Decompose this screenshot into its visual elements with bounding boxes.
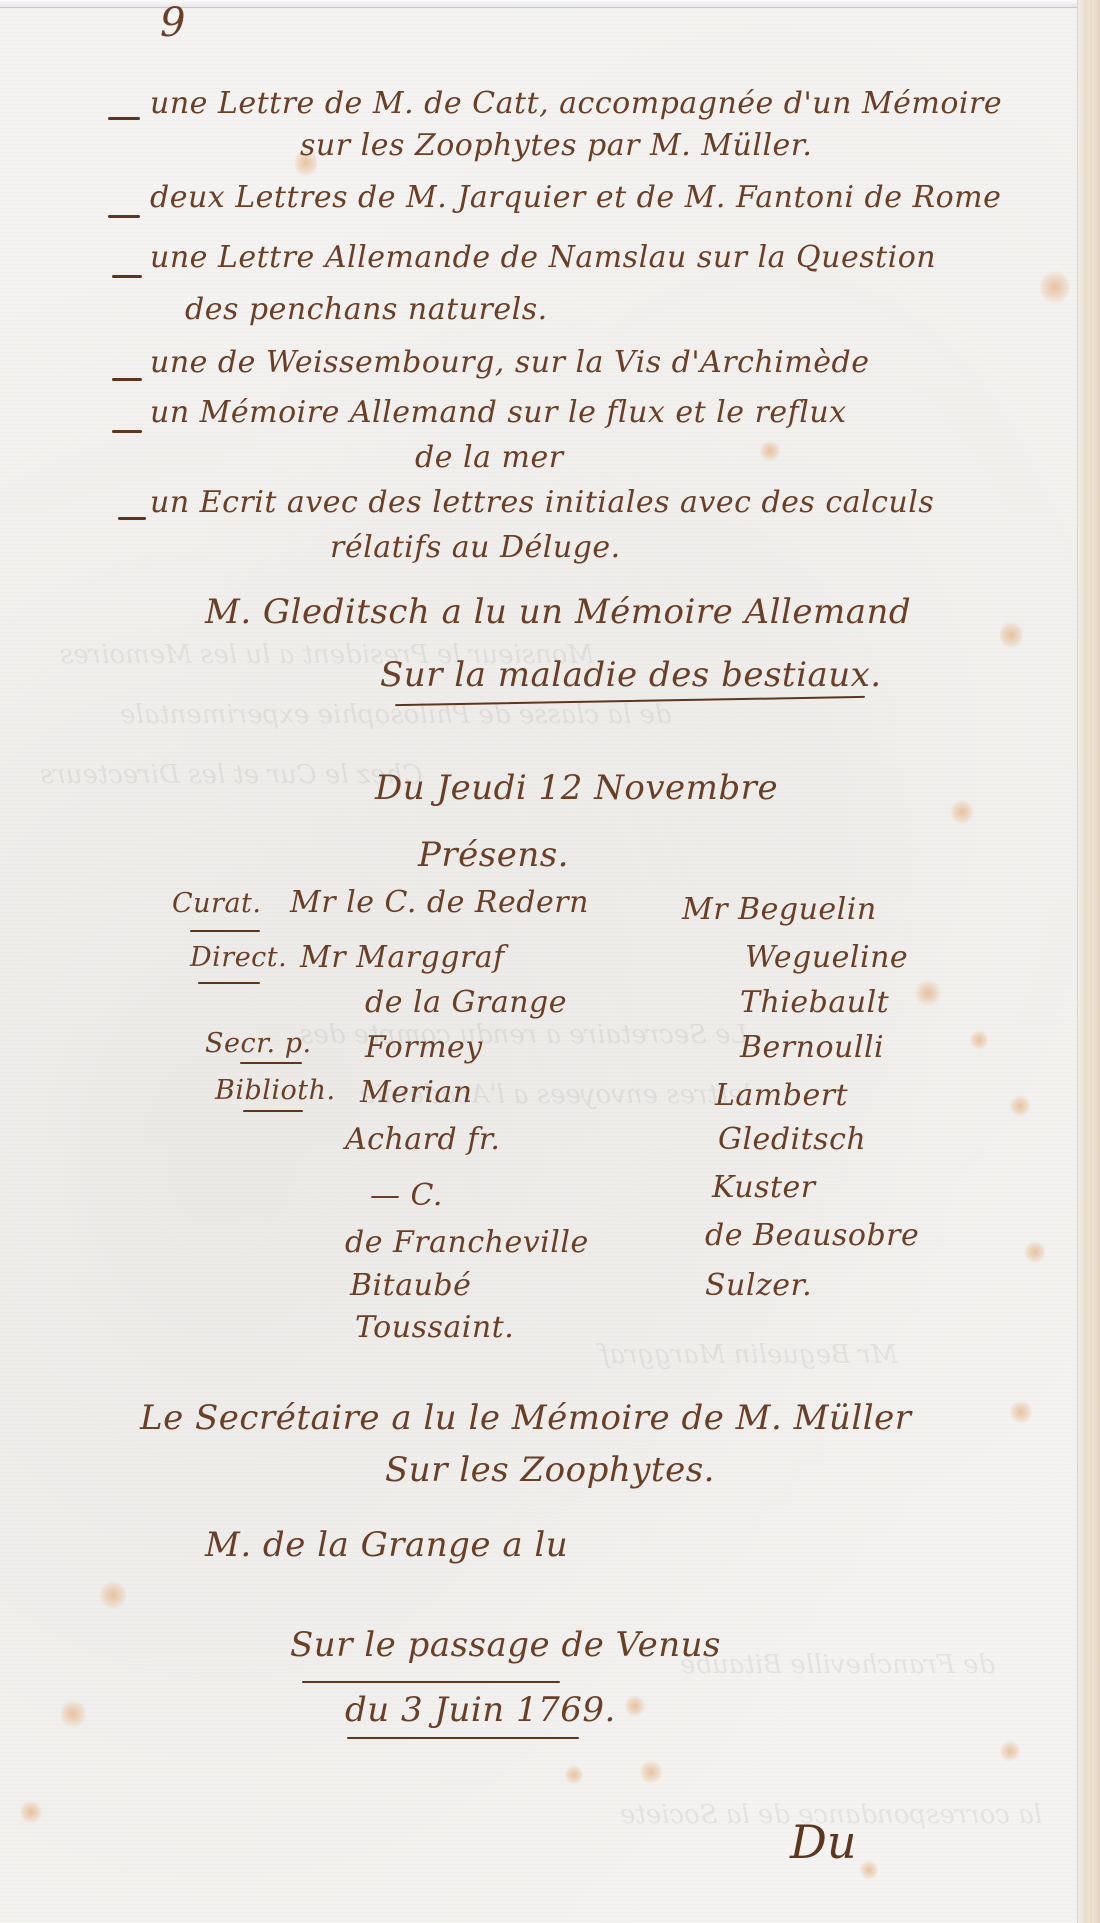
- foxing-stain: [860, 1860, 878, 1880]
- foxing-stain: [950, 800, 974, 824]
- book-spine-edge: [1077, 0, 1100, 1923]
- title-underline: [347, 1737, 579, 1739]
- list-dash: [112, 430, 142, 433]
- manuscript-page: Monsieur le President a lu les Memoires …: [0, 0, 1100, 1923]
- role-underline: [243, 1110, 303, 1112]
- member-name: de Beausobre: [705, 1218, 919, 1253]
- present-label: Présens.: [418, 835, 569, 875]
- list-item-line: des penchans naturels.: [185, 292, 548, 327]
- member-name: Mr Beguelin: [682, 892, 877, 927]
- list-item-line: deux Lettres de M. Jarquier et de M. Fan…: [150, 180, 1001, 215]
- foxing-stain: [1025, 1240, 1045, 1264]
- page-number-fragment: 9: [160, 0, 185, 46]
- lagrange-reading-title: Sur le passage de Venus: [290, 1625, 721, 1665]
- list-item-line: une Lettre de M. de Catt, accompagnée d'…: [150, 86, 1002, 121]
- list-item-line: une Lettre Allemande de Namslau sur la Q…: [150, 240, 936, 275]
- role-underline: [198, 982, 260, 984]
- member-name: Achard fr.: [345, 1122, 500, 1157]
- foxing-stain: [1000, 1740, 1020, 1762]
- role-label: Biblioth.: [215, 1075, 336, 1106]
- bleed-through-text: de Francheville Bitaube: [680, 1650, 995, 1680]
- session-date: Du Jeudi 12 Novembre: [375, 768, 778, 808]
- member-name: de la Grange: [365, 985, 567, 1020]
- list-dash: [108, 117, 140, 120]
- member-name: — C.: [370, 1178, 443, 1213]
- bleed-through-text: Chez le Cur et les Directeurs: [40, 760, 423, 790]
- list-dash: [108, 215, 140, 218]
- foxing-stain: [1010, 1095, 1030, 1117]
- list-item-line: sur les Zoophytes par M. Müller.: [300, 128, 812, 163]
- list-item-line: un Ecrit avec des lettres initiales avec…: [150, 485, 934, 520]
- title-underline: [302, 1681, 560, 1683]
- secretary-reading-title: Sur les Zoophytes.: [385, 1450, 715, 1490]
- gleditsch-reading-line: M. Gleditsch a lu un Mémoire Allemand: [205, 592, 911, 632]
- foxing-stain: [970, 1030, 988, 1050]
- list-item-line: une de Weissembourg, sur la Vis d'Archim…: [150, 345, 869, 380]
- member-name: Merian: [360, 1075, 473, 1110]
- foxing-stain: [760, 440, 780, 462]
- member-name: Gleditsch: [718, 1122, 866, 1157]
- foxing-stain: [625, 1695, 645, 1717]
- list-dash: [118, 517, 146, 520]
- member-name: de Francheville: [345, 1225, 589, 1260]
- foxing-stain: [640, 1760, 662, 1784]
- title-underline: [395, 696, 865, 706]
- role-label: Curat.: [172, 888, 261, 919]
- member-name: Sulzer.: [705, 1268, 812, 1303]
- secretary-reading-line: Le Secrétaire a lu le Mémoire de M. Müll…: [140, 1398, 911, 1438]
- foxing-stain: [1040, 270, 1070, 304]
- bleed-through-text: Mr Beguelin Marggraf: [600, 1340, 898, 1370]
- list-item-line: un Mémoire Allemand sur le flux et le re…: [150, 395, 847, 430]
- foxing-stain: [565, 1765, 583, 1785]
- foxing-stain: [60, 1700, 86, 1728]
- foxing-stain: [915, 980, 941, 1006]
- foxing-stain: [20, 1800, 42, 1824]
- role-underline: [190, 930, 260, 932]
- member-name: Kuster: [712, 1170, 816, 1205]
- member-name: Bernoulli: [740, 1030, 884, 1065]
- member-name: Mr le C. de Redern: [290, 885, 589, 920]
- lagrange-reading-date: du 3 Juin 1769.: [345, 1690, 616, 1730]
- member-name: Wegueline: [745, 940, 908, 975]
- role-label: Secr. p.: [205, 1028, 312, 1059]
- member-name: Toussaint.: [355, 1310, 514, 1345]
- list-dash: [112, 378, 142, 381]
- member-name: Lambert: [715, 1078, 848, 1113]
- lagrange-reading-line: M. de la Grange a lu: [205, 1525, 568, 1565]
- member-name: Bitaubé: [350, 1268, 471, 1303]
- member-name: Mr Marggraf: [300, 940, 505, 975]
- signature-initials: Du: [790, 1815, 857, 1869]
- role-underline: [240, 1062, 302, 1064]
- role-label: Direct.: [190, 942, 287, 973]
- list-dash: [112, 275, 142, 278]
- spine-fold-line: [1090, 0, 1092, 1923]
- foxing-stain: [1000, 620, 1022, 650]
- foxing-stain: [1010, 1400, 1032, 1424]
- gleditsch-reading-title: Sur la maladie des bestiaux.: [380, 655, 882, 695]
- member-name: Formey: [365, 1030, 483, 1065]
- member-name: Thiebault: [740, 985, 889, 1020]
- list-item-line: de la mer: [415, 440, 564, 475]
- foxing-stain: [100, 1580, 126, 1610]
- list-item-line: rélatifs au Déluge.: [330, 530, 621, 565]
